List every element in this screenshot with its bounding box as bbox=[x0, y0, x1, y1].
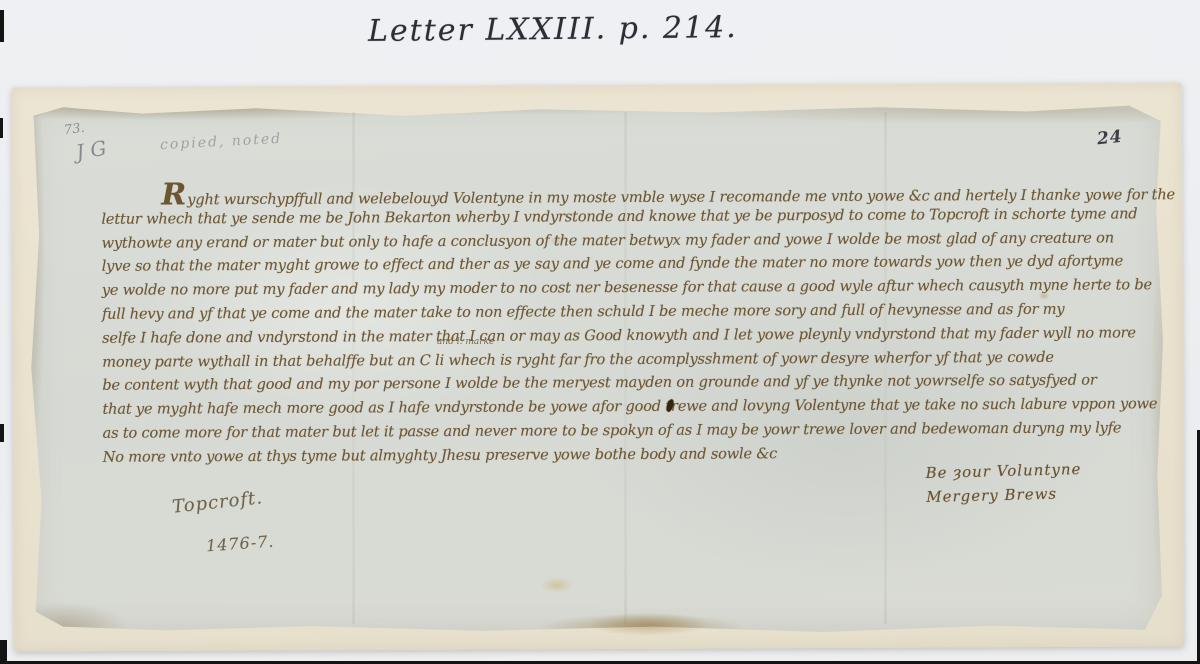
pencil-number: 73. bbox=[63, 121, 85, 138]
photo-edge-artifact bbox=[0, 640, 7, 664]
photo-edge-artifact bbox=[0, 424, 4, 442]
photo-edge-artifact bbox=[0, 10, 4, 42]
manuscript-photo: { "photo": { "heading": "Letter LXXIII. … bbox=[0, 0, 1200, 664]
signature-name: Mergery Brews bbox=[926, 484, 1082, 512]
folio-number: 24 bbox=[1096, 127, 1124, 150]
letter-text: Ryght wurschypffull and welebelouyd Vole… bbox=[101, 178, 1154, 469]
catalog-heading: Letter LXXIII. p. 214. bbox=[368, 10, 738, 49]
signature-block: Be ȝour Voluntyne Mergery Brews bbox=[925, 460, 1082, 512]
pencil-monogram: J G bbox=[74, 136, 108, 164]
stain-spot bbox=[588, 612, 708, 636]
stain-spot bbox=[540, 577, 574, 593]
interlinear-insertion: and l. marke bbox=[437, 337, 494, 347]
photo-edge-artifact bbox=[0, 118, 3, 138]
